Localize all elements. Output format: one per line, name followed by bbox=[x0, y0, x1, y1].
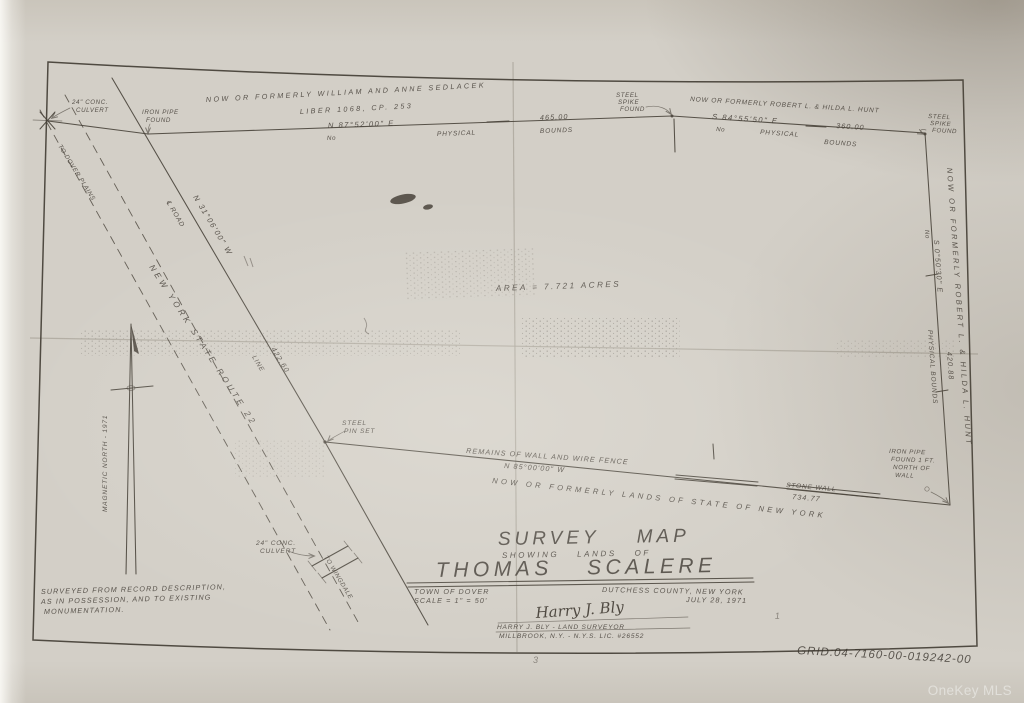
label-nw-pipe-2: FOUND bbox=[146, 117, 171, 124]
label-steel-pin-1: STEEL bbox=[342, 420, 367, 427]
label-liber: LIBER 1068, CP. 253 bbox=[300, 101, 414, 116]
label-to-dover-plains: TO DOVER PLAINS bbox=[56, 143, 96, 202]
label-distance-south: 734.77 bbox=[792, 492, 821, 503]
label-se-pipe-4: WALL bbox=[895, 472, 914, 480]
label-physical-north: PHYSICAL bbox=[437, 130, 476, 138]
label-bounds-northeast: BOUNDS bbox=[824, 139, 857, 148]
survey-map-drawing: g[data-name="boundary-lines"] path{strok… bbox=[0, 0, 1024, 703]
label-distance-east: 420.88 bbox=[945, 352, 956, 381]
label-s-culvert-1: 24" CONC. bbox=[255, 540, 296, 547]
grid-number-note: GRID:04-7160-00-019242-00 bbox=[797, 645, 972, 666]
survey-note-line3: MONUMENTATION. bbox=[44, 605, 125, 616]
north-arrow bbox=[111, 324, 153, 574]
label-top-spike-2: SPIKE bbox=[618, 99, 640, 106]
label-qualifier-north: No bbox=[327, 135, 336, 142]
label-se-pipe-3: NORTH OF bbox=[893, 464, 931, 472]
label-qualifier-east: No bbox=[923, 230, 931, 240]
label-ne-spike-3: FOUND bbox=[932, 127, 957, 135]
label-owner-south: NOW OR FORMERLY LANDS OF STATE OF NEW YO… bbox=[492, 476, 826, 520]
label-road-centerline: ℄ ROAD bbox=[164, 199, 185, 228]
label-physical-northeast: PHYSICAL bbox=[760, 129, 799, 139]
title-town: TOWN OF DOVER bbox=[414, 587, 490, 596]
label-distance-northeast: 360.00 bbox=[836, 121, 865, 132]
pencil-mark-1: 1 bbox=[775, 611, 781, 621]
title-owner-name: THOMAS SCALERE bbox=[436, 554, 717, 582]
title-date: JULY 28, 1971 bbox=[685, 595, 747, 605]
label-qualifier-northeast: No bbox=[716, 126, 726, 134]
label-bearing-south: N 85°00'00" W bbox=[504, 461, 566, 474]
label-bearing-northeast: S 84°55'50" E bbox=[712, 112, 779, 126]
surveyor-signature: Harry J. Bly bbox=[534, 598, 625, 622]
culvert-symbol-north bbox=[33, 108, 70, 129]
label-s-culvert-2: CULVERT bbox=[260, 548, 296, 555]
label-se-pipe-1: IRON PIPE bbox=[889, 448, 926, 456]
pencil-mark-2: 3 bbox=[533, 655, 538, 665]
label-steel-pin-2: PIN SET bbox=[344, 428, 375, 435]
title-scale: SCALE = 1" = 50' bbox=[414, 596, 487, 605]
label-top-spike-1: STEEL bbox=[616, 92, 639, 99]
label-owner-north: NOW OR FORMERLY WILLIAM AND ANNE SEDLACE… bbox=[206, 80, 486, 104]
label-top-spike-3: FOUND bbox=[620, 106, 645, 113]
label-nw-culvert-2: CULVERT bbox=[76, 107, 109, 114]
label-to-wingdale: TO WINGDALE bbox=[322, 554, 354, 601]
surveyor-license: MILLBROOK, N.Y. - N.Y.S. LIC. #26552 bbox=[499, 633, 644, 640]
label-distance-north: 465.00 bbox=[540, 112, 569, 122]
label-nw-pipe-1: IRON PIPE bbox=[142, 109, 179, 116]
scan-noise bbox=[80, 192, 955, 478]
label-magnetic-north: MAGNETIC NORTH - 1971 bbox=[102, 415, 109, 512]
label-bounds-north: BOUNDS bbox=[540, 127, 573, 135]
scanned-survey-map-photo: g[data-name="boundary-lines"] path{strok… bbox=[0, 0, 1024, 703]
label-nw-culvert-1: 24" CONC. bbox=[71, 99, 108, 106]
label-line-word: LINE bbox=[250, 354, 265, 373]
label-bearing-north: N 87°52'00" E bbox=[328, 119, 395, 130]
title-survey-map: SURVEY MAP bbox=[498, 526, 690, 550]
onekey-mls-watermark: OneKey MLS bbox=[928, 683, 1012, 698]
label-bearing-east: S 0°50'30" E bbox=[932, 240, 945, 294]
